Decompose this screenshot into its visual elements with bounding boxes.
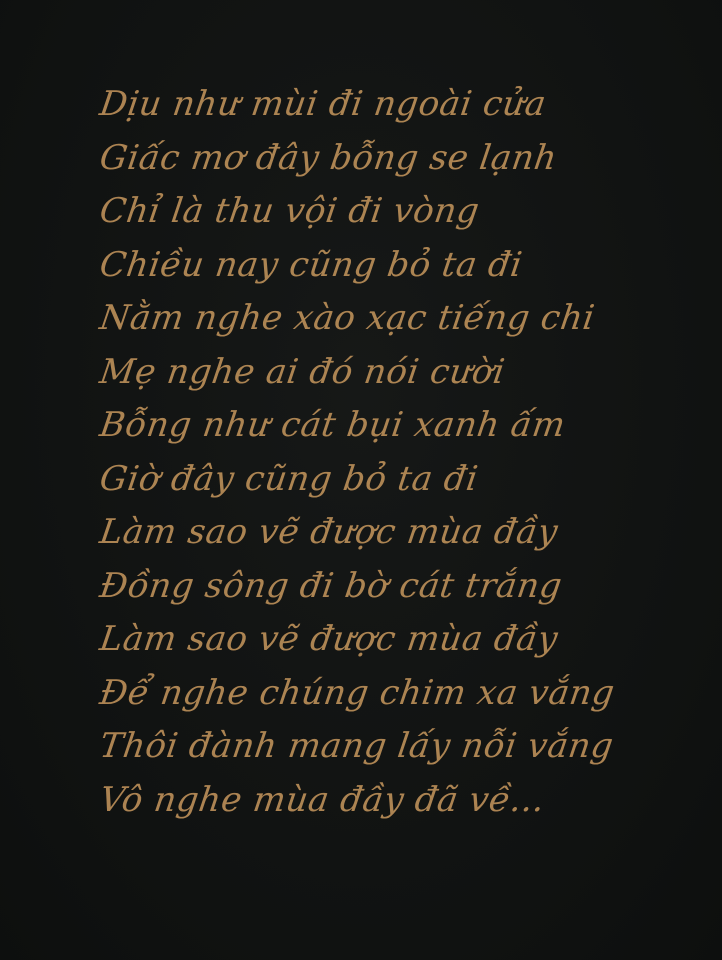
poem-line: Để nghe chúng chim xa vắng: [96, 667, 704, 721]
poem-line: Làm sao vẽ được mùa đầy: [96, 613, 704, 667]
poem-line: Nằm nghe xào xạc tiếng chi: [96, 292, 704, 346]
poem-line: Chiều nay cũng bỏ ta đi: [96, 239, 704, 293]
poem-line: Mẹ nghe ai đó nói cười: [96, 346, 704, 400]
poem-line: Thôi đành mang lấy nỗi vắng: [96, 720, 704, 774]
poem-line: Giờ đây cũng bỏ ta đi: [96, 453, 704, 507]
poem-line: Giấc mơ đây bỗng se lạnh: [96, 132, 704, 186]
handwritten-poem: Dịu như mùi đi ngoài cửa Giấc mơ đây bỗn…: [100, 78, 700, 827]
poem-line: Làm sao vẽ được mùa đầy: [96, 506, 704, 560]
dark-paper-background: Dịu như mùi đi ngoài cửa Giấc mơ đây bỗn…: [0, 0, 722, 960]
poem-line: Chỉ là thu vội đi vòng: [96, 185, 704, 239]
poem-line: Vô nghe mùa đầy đã về...: [96, 774, 704, 828]
poem-line: Bỗng như cát bụi xanh ấm: [96, 399, 704, 453]
poem-line: Đồng sông đi bờ cát trắng: [96, 560, 704, 614]
poem-line: Dịu như mùi đi ngoài cửa: [96, 78, 704, 132]
